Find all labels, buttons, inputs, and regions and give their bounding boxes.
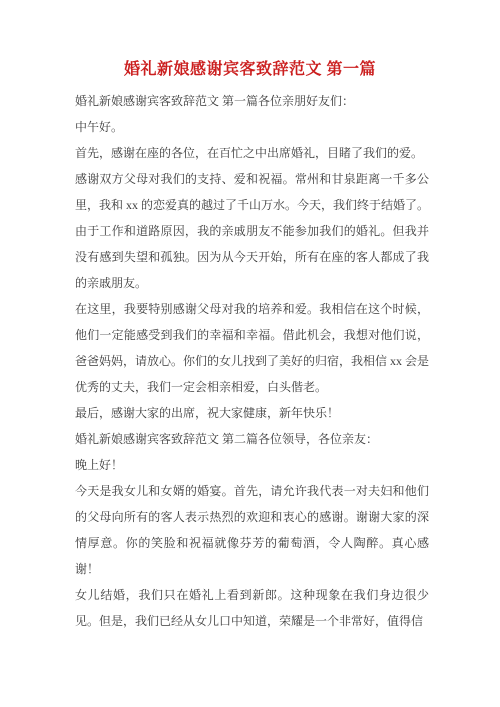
document-body: 婚礼新娘感谢宾客致辞范文 第一篇各位亲朋好友们：中午好。首先，感谢在座的各位，在…	[75, 88, 429, 634]
text-line: 爸爸妈妈，请放心。你们的女儿找到了美好的归宿，我相信 xx 会是	[75, 348, 429, 374]
paragraph: 女儿结婚，我们只在婚礼上看到新郎。这种现象在我们身边很少见。但是，我们已经从女儿…	[75, 582, 429, 634]
text-line: 今天是我女儿和女婿的婚宴。首先，请允许我代表一对夫妇和他们	[75, 478, 429, 504]
paragraph: 在这里，我要特别感谢父母对我的培养和爱。我相信在这个时候，他们一定能感受到我们的…	[75, 296, 429, 400]
paragraph: 感谢双方父母对我们的支持、爱和祝福。常州和甘泉距离一千多公里，我和 xx 的恋爱…	[75, 166, 429, 218]
paragraph: 婚礼新娘感谢宾客致辞范文 第二篇各位领导，各位亲友：	[75, 426, 429, 452]
text-line: 由于工作和道路原因，我的亲戚朋友不能参加我们的婚礼。但我并	[75, 218, 429, 244]
text-line: 在这里，我要特别感谢父母对我的培养和爱。我相信在这个时候，	[75, 296, 429, 322]
document-page: 婚礼新娘感谢宾客致辞范文 第一篇 婚礼新娘感谢宾客致辞范文 第一篇各位亲朋好友们…	[0, 0, 500, 707]
paragraph: 今天是我女儿和女婿的婚宴。首先，请允许我代表一对夫妇和他们的父母向所有的客人表示…	[75, 478, 429, 582]
text-line: 的父母向所有的客人表示热烈的欢迎和衷心的感谢。谢谢大家的深	[75, 504, 429, 530]
text-line: 中午好。	[75, 114, 429, 140]
text-line: 的亲戚朋友。	[75, 270, 429, 296]
text-line: 女儿结婚，我们只在婚礼上看到新郎。这种现象在我们身边很少	[75, 582, 429, 608]
text-line: 婚礼新娘感谢宾客致辞范文 第二篇各位领导，各位亲友：	[75, 426, 429, 452]
text-line: 里，我和 xx 的恋爱真的越过了千山万水。今天，我们终于结婚了。	[75, 192, 429, 218]
paragraph: 晚上好！	[75, 452, 429, 478]
text-line: 感谢双方父母对我们的支持、爱和祝福。常州和甘泉距离一千多公	[75, 166, 429, 192]
text-line: 婚礼新娘感谢宾客致辞范文 第一篇各位亲朋好友们：	[75, 88, 429, 114]
text-line: 晚上好！	[75, 452, 429, 478]
paragraph: 由于工作和道路原因，我的亲戚朋友不能参加我们的婚礼。但我并没有感到失望和孤独。因…	[75, 218, 429, 296]
document-title: 婚礼新娘感谢宾客致辞范文 第一篇	[0, 0, 500, 81]
text-line: 没有感到失望和孤独。因为从今天开始，所有在座的客人都成了我	[75, 244, 429, 270]
paragraph: 首先，感谢在座的各位，在百忙之中出席婚礼，目睹了我们的爱。	[75, 140, 429, 166]
paragraph: 婚礼新娘感谢宾客致辞范文 第一篇各位亲朋好友们：	[75, 88, 429, 114]
text-line: 情厚意。你的笑脸和祝福就像芬芳的葡萄酒，令人陶醉。真心感	[75, 530, 429, 556]
text-line: 见。但是，我们已经从女儿口中知道，荣耀是一个非常好，值得信	[75, 608, 429, 634]
text-line: 最后，感谢大家的出席，祝大家健康，新年快乐！	[75, 400, 429, 426]
text-line: 优秀的丈夫，我们一定会相亲相爱，白头偕老。	[75, 374, 429, 400]
text-line: 谢！	[75, 556, 429, 582]
paragraph: 最后，感谢大家的出席，祝大家健康，新年快乐！	[75, 400, 429, 426]
paragraph: 中午好。	[75, 114, 429, 140]
text-line: 他们一定能感受到我们的幸福和幸福。借此机会，我想对他们说，	[75, 322, 429, 348]
text-line: 首先，感谢在座的各位，在百忙之中出席婚礼，目睹了我们的爱。	[75, 140, 429, 166]
